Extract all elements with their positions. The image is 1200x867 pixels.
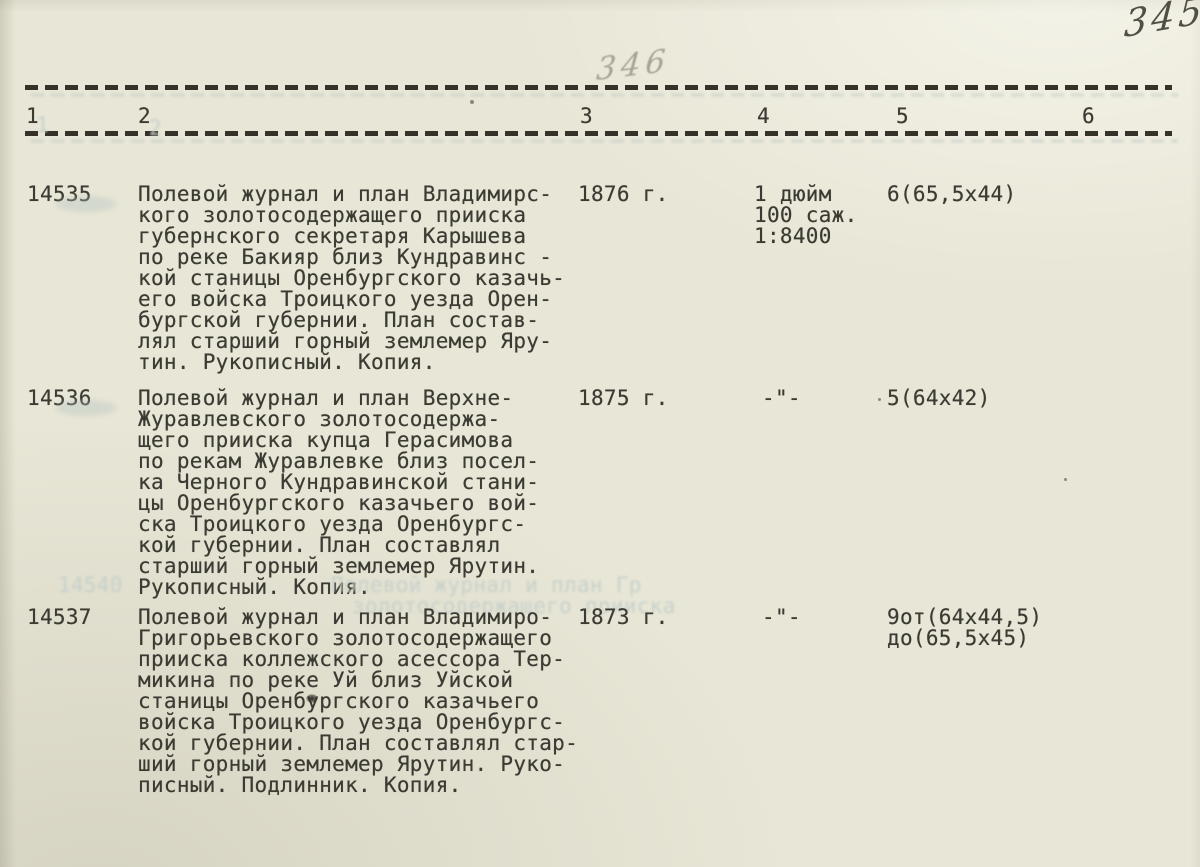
- entry-scale: 1 дюйм 100 саж. 1:8400: [754, 184, 858, 247]
- entry-size: 6(65,5х44): [887, 184, 1016, 205]
- entry-number: 14537: [27, 607, 92, 628]
- bleed-through-entry-number: 14540: [58, 575, 123, 596]
- ink-smudge: [306, 694, 318, 703]
- entry-size: 5(64х42): [887, 388, 991, 409]
- bleed-through-text-line1: Полевой журнал и план Гр: [331, 575, 642, 596]
- dust-speck: [878, 398, 881, 401]
- entry-description: Полевой журнал и план Владимирс- кого зо…: [138, 184, 565, 373]
- handwritten-page-number-top-right: 345: [1123, 0, 1200, 46]
- entry-scale: -"-: [762, 388, 801, 409]
- column-header-1: 1: [26, 106, 39, 127]
- entry-date: 1876 г.: [578, 184, 669, 205]
- table-header-bottom-rule: [25, 131, 1172, 136]
- scanned-archive-page: 345 346 1 2 1 2 3 4 5 6 14535 Полевой жу…: [0, 0, 1200, 867]
- entry-scale: -"-: [762, 607, 801, 628]
- bleed-through-smudge: [56, 196, 116, 212]
- entry-date: 1873 г.: [578, 607, 669, 628]
- table-top-rule: [25, 85, 1172, 90]
- bleed-through-smudge: [56, 400, 116, 416]
- column-header-6: 6: [1082, 106, 1095, 127]
- bottom-rule-bleed-echo: [31, 139, 1178, 143]
- column-header-2: 2: [138, 106, 151, 127]
- column-header-3: 3: [580, 106, 593, 127]
- entry-description: Полевой журнал и план Верхне- Журавлевск…: [138, 388, 539, 598]
- column-header-5: 5: [896, 106, 909, 127]
- dust-speck: [1064, 478, 1067, 481]
- dust-speck: [470, 100, 474, 104]
- entry-size: 9от(64х44,5) до(65,5х45): [887, 607, 1042, 649]
- column-header-4: 4: [757, 106, 770, 127]
- entry-date: 1875 г.: [578, 388, 669, 409]
- top-rule-bleed-echo: [31, 93, 1178, 97]
- entry-description: Полевой журнал и план Владимиро- Григорь…: [138, 607, 578, 796]
- handwritten-page-number-center: 346: [595, 43, 672, 89]
